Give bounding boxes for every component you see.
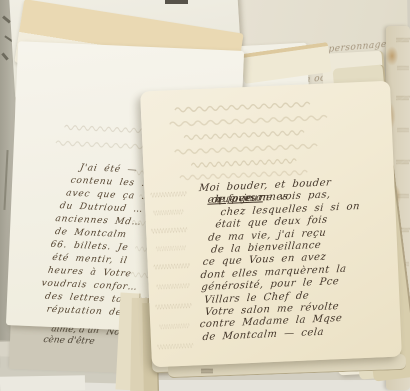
ghost-writing — [169, 95, 387, 188]
edge-mark — [1, 52, 8, 60]
handwriting-line: cène d'être — [42, 335, 98, 348]
photo-of-manuscript-letters: vénérable personnage Montcalm ; je crain… — [0, 0, 410, 391]
paper-gap-shadow — [165, 0, 188, 4]
paper-edge — [0, 375, 85, 391]
main-letter-text: Moi bouder, et bouder en faveurde person… — [140, 174, 402, 347]
edge-mark — [3, 150, 8, 210]
main-letter: Moi bouder, et bouder en faveurde person… — [140, 81, 402, 368]
